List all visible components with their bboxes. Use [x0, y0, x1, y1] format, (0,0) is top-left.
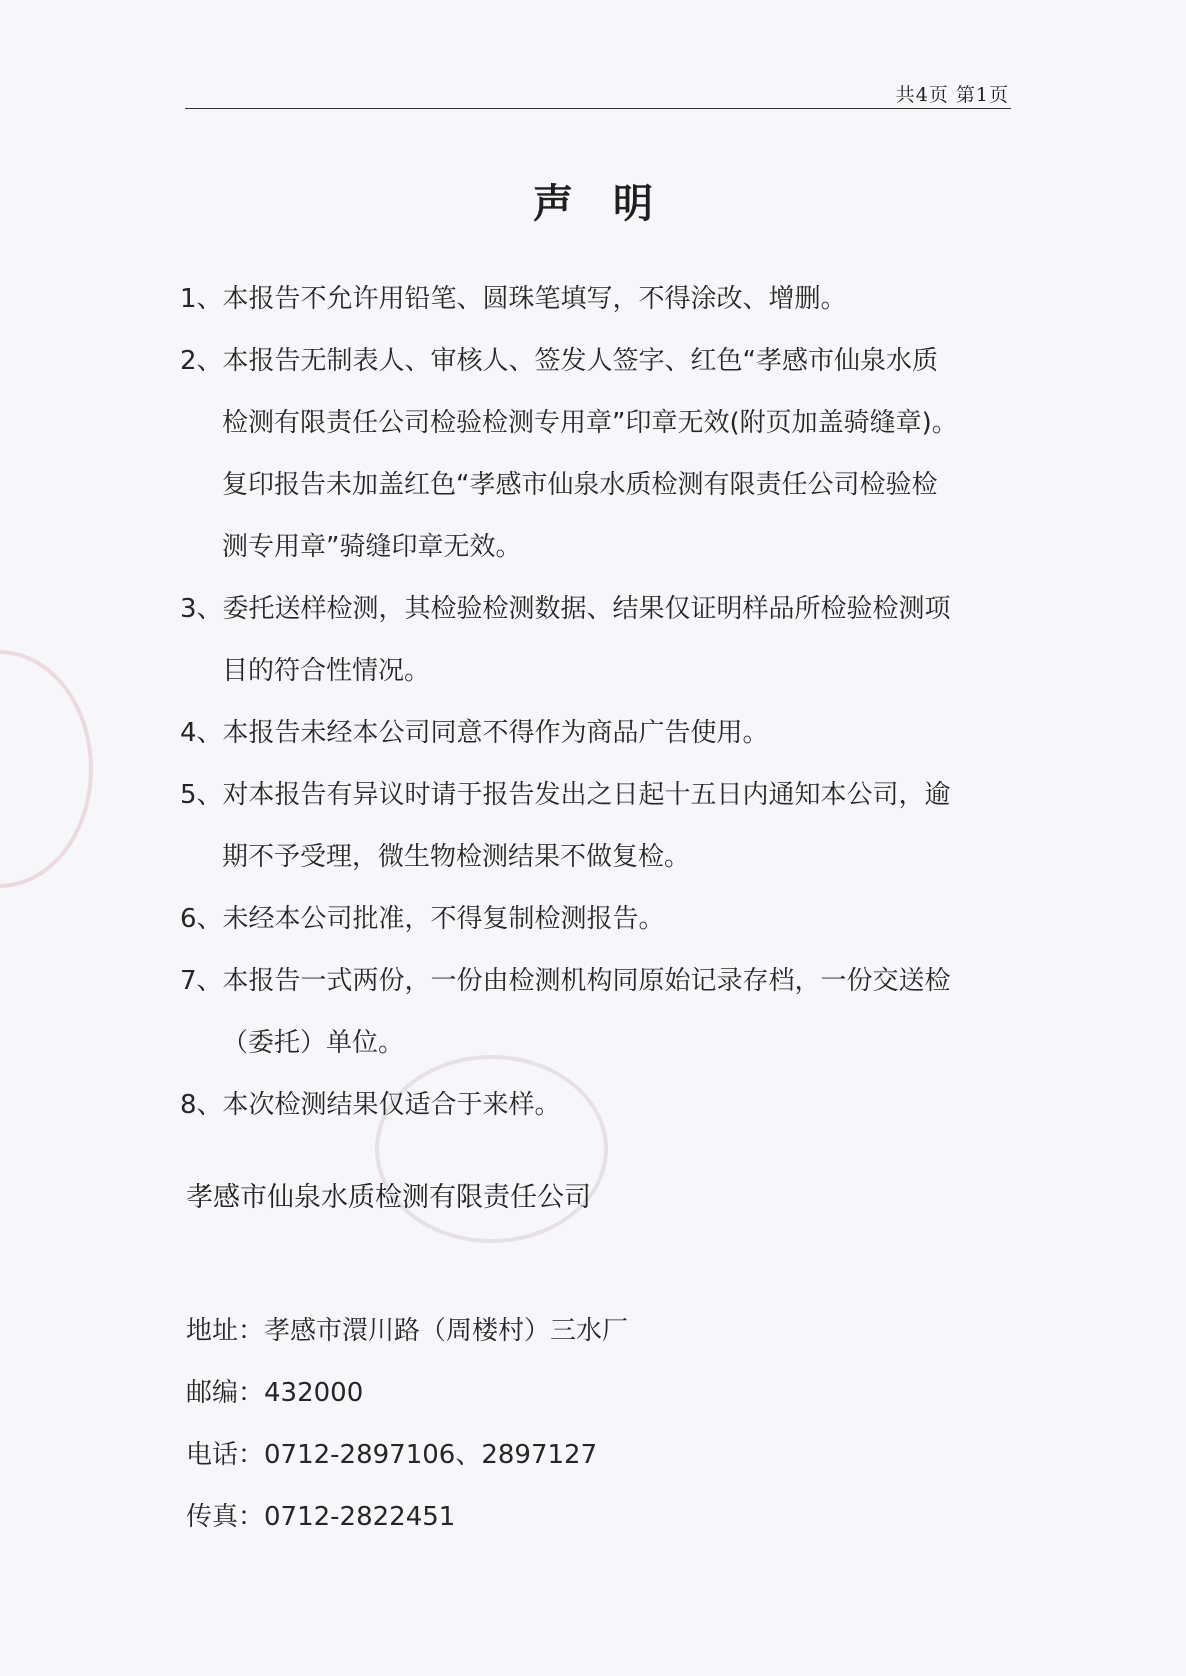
declaration-item-1-line-1: 1、本报告不允许用铅笔、圆珠笔填写，不得涂改、增删。: [180, 268, 1030, 330]
declaration-item-3-line-2: 目的符合性情况。: [180, 640, 1030, 702]
declaration-item-2-line-4: 测专用章”骑缝印章无效。: [180, 516, 1030, 578]
address: 地址：孝感市澴川路（周楼村）三水厂: [186, 1300, 628, 1362]
phone: 电话：0712-2897106、2897127: [186, 1424, 628, 1486]
declaration-item-7-line-1: 7、本报告一式两份，一份由检测机构同原始记录存档，一份交送检: [180, 950, 1030, 1012]
declaration-item-2-line-2: 检测有限责任公司检验检测专用章”印章无效(附页加盖骑缝章)。: [180, 392, 1030, 454]
company-name: 孝感市仙泉水质检测有限责任公司: [186, 1175, 591, 1214]
declaration-item-5-line-1: 5、对本报告有异议时请于报告发出之日起十五日内通知本公司，逾: [180, 764, 1030, 826]
declaration-item-5-line-2: 期不予受理，微生物检测结果不做复检。: [180, 826, 1030, 888]
red-seal-stamp-partial: [0, 650, 93, 888]
declaration-item-4-line-1: 4、本报告未经本公司同意不得作为商品广告使用。: [180, 702, 1030, 764]
contact-info: 地址：孝感市澴川路（周楼村）三水厂 邮编：432000 电话：0712-2897…: [186, 1300, 628, 1548]
declaration-item-2-line-1: 2、本报告无制表人、审核人、签发人签字、红色“孝感市仙泉水质: [180, 330, 1030, 392]
page-header: 共4页 第1页: [185, 78, 1011, 109]
page-number-info: 共4页 第1页: [896, 80, 1009, 107]
declaration-item-7-line-2: （委托）单位。: [180, 1012, 1030, 1074]
declaration-item-2-line-3: 复印报告未加盖红色“孝感市仙泉水质检测有限责任公司检验检: [180, 454, 1030, 516]
page-title: 声明: [0, 172, 1186, 229]
fax: 传真：0712-2822451: [186, 1486, 628, 1548]
declaration-list: 1、本报告不允许用铅笔、圆珠笔填写，不得涂改、增删。 2、本报告无制表人、审核人…: [180, 268, 1030, 1136]
postcode: 邮编：432000: [186, 1362, 628, 1424]
declaration-item-6-line-1: 6、未经本公司批准，不得复制检测报告。: [180, 888, 1030, 950]
declaration-item-8-line-1: 8、本次检测结果仅适合于来样。: [180, 1074, 1030, 1136]
declaration-item-3-line-1: 3、委托送样检测，其检验检测数据、结果仅证明样品所检验检测项: [180, 578, 1030, 640]
